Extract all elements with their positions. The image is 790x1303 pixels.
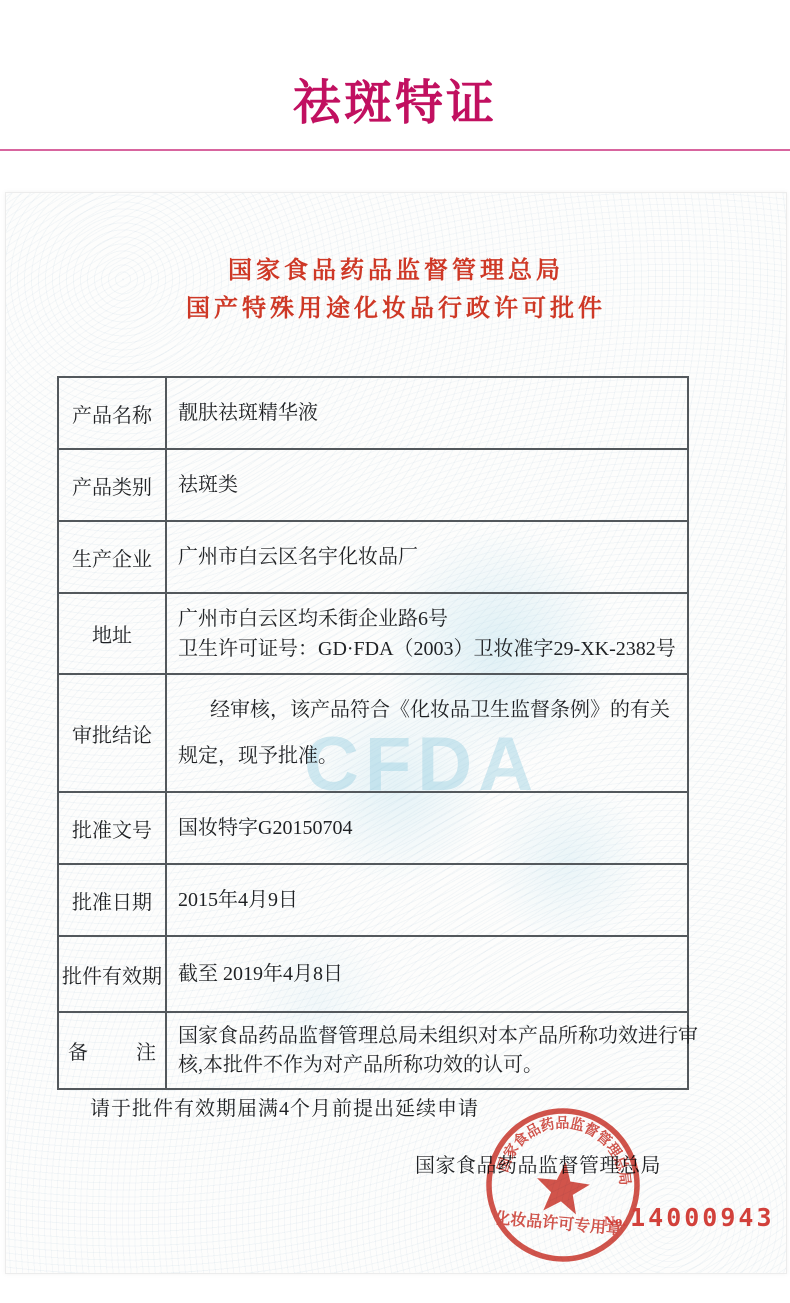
stamp-star bbox=[533, 1159, 592, 1216]
table-row-product-name: 产品名称 靓肤祛斑精华液 bbox=[59, 378, 687, 450]
table-row-manufacturer: 生产企业 广州市白云区名宇化妆品厂 bbox=[59, 522, 687, 594]
row-value-line: 经审核，该产品符合《化妆品卫生监督条例》的有关 bbox=[178, 687, 687, 733]
official-seal-stamp: 国家食品药品监督管理总局 化妆品许可专用章 bbox=[468, 1090, 657, 1279]
table-row-product-category: 产品类别 祛斑类 bbox=[59, 450, 687, 522]
row-label: 审批结论 bbox=[59, 675, 167, 791]
certificate-table: 产品名称 靓肤祛斑精华液 产品类别 祛斑类 生产企业 广州市白云区名宇化妆品厂 … bbox=[57, 376, 689, 1090]
row-label: 产品名称 bbox=[59, 378, 167, 448]
row-value-line: 广州市白云区均禾街企业路6号 bbox=[178, 604, 687, 634]
row-label: 批件有效期 bbox=[59, 937, 167, 1011]
row-label: 批准文号 bbox=[59, 793, 167, 863]
pink-divider bbox=[0, 149, 790, 151]
certificate-document-title: 国产特殊用途化妆品行政许可批件 bbox=[6, 288, 786, 323]
row-value-line: 核,本批件不作为对产品所称功效的认可。 bbox=[178, 1051, 698, 1080]
row-value: 2015年4月9日 bbox=[178, 885, 687, 915]
table-row-remarks: 备 注 国家食品药品监督管理总局未组织对本产品所称功效进行审 核,本批件不作为对… bbox=[59, 1013, 687, 1088]
table-row-approval-number: 批准文号 国妆特字G20150704 bbox=[59, 793, 687, 865]
row-value: 国妆特字G20150704 bbox=[178, 813, 687, 843]
row-value: 祛斑类 bbox=[178, 470, 687, 500]
table-row-approval-date: 批准日期 2015年4月9日 bbox=[59, 865, 687, 937]
certificate-authority-title: 国家食品药品监督管理总局 bbox=[6, 250, 786, 285]
renewal-note: 请于批件有效期届满4个月前提出延续申请 bbox=[90, 1092, 479, 1121]
row-label: 生产企业 bbox=[59, 522, 167, 592]
row-label: 产品类别 bbox=[59, 450, 167, 520]
serial-digits: 14000943 bbox=[630, 1203, 774, 1232]
serial-prefix: No. bbox=[604, 1214, 626, 1230]
certificate-paper: CFDA 国家食品药品监督管理总局 国产特殊用途化妆品行政许可批件 产品名称 靓… bbox=[5, 192, 787, 1274]
row-label: 地址 bbox=[59, 594, 167, 673]
serial-number: No. 14000943 bbox=[604, 1203, 775, 1232]
row-label: 批准日期 bbox=[59, 865, 167, 935]
row-value: 广州市白云区名宇化妆品厂 bbox=[178, 542, 687, 572]
page-title: 祛斑特证 bbox=[0, 64, 790, 133]
row-value-line: 国家食品药品监督管理总局未组织对本产品所称功效进行审 bbox=[178, 1022, 698, 1051]
row-value: 截至 2019年4月8日 bbox=[178, 959, 687, 989]
product-detail-page: 祛斑特证 CFDA 国家食品药品监督管理总局 国产特殊用途化妆品行政许可批件 产… bbox=[0, 0, 790, 1303]
table-row-address: 地址 广州市白云区均禾街企业路6号 卫生许可证号：GD·FDA（2003）卫妆准… bbox=[59, 594, 687, 675]
row-value: 靓肤祛斑精华液 bbox=[178, 398, 687, 428]
table-row-approval-conclusion: 审批结论 经审核，该产品符合《化妆品卫生监督条例》的有关 规定，现予批准。 bbox=[59, 675, 687, 793]
table-row-validity-period: 批件有效期 截至 2019年4月8日 bbox=[59, 937, 687, 1013]
row-value-line: 卫生许可证号：GD·FDA（2003）卫妆准字29-XK-2382号 bbox=[178, 634, 687, 664]
row-value-line: 规定，现予批准。 bbox=[178, 733, 687, 779]
row-label: 备 注 bbox=[59, 1036, 165, 1065]
